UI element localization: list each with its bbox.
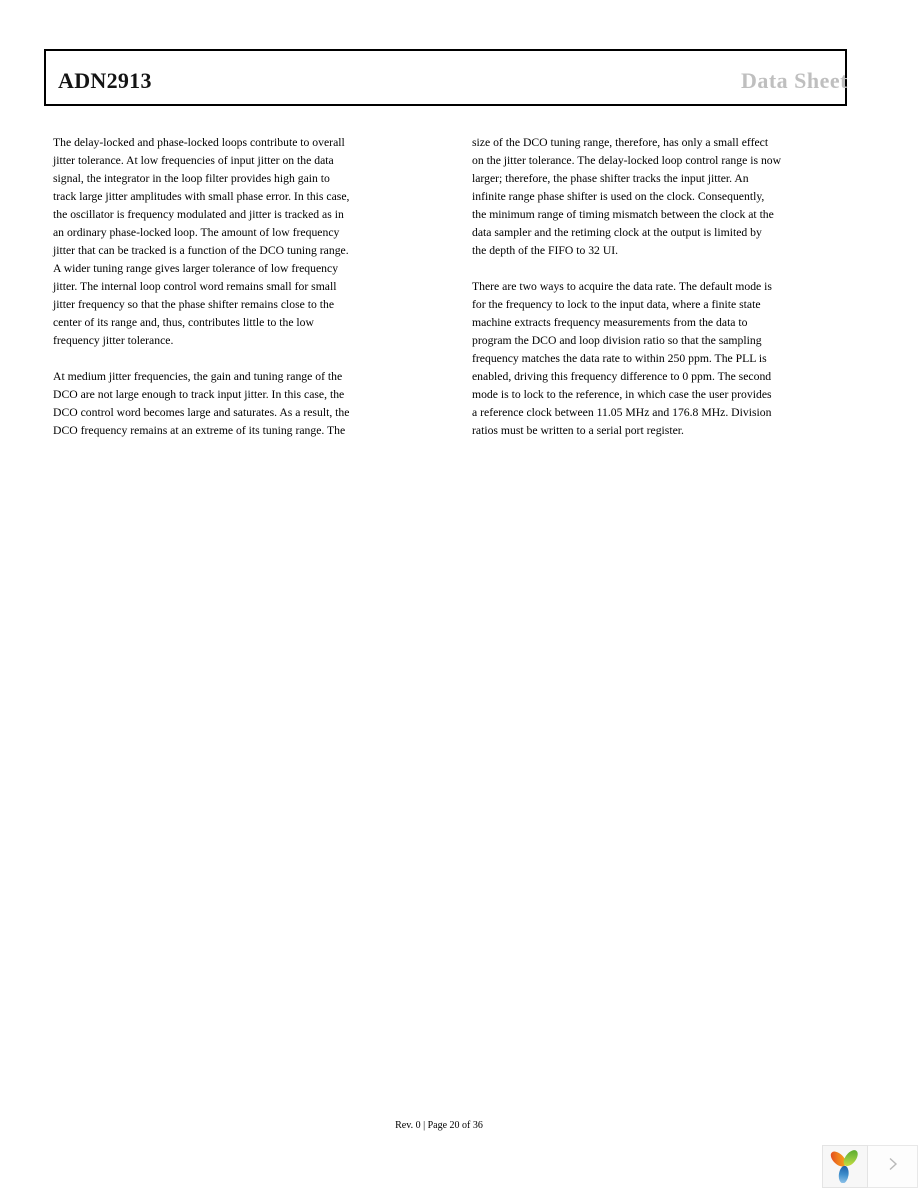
part-number-title: ADN2913 <box>58 68 152 94</box>
corner-navigation-widget <box>822 1145 918 1188</box>
left-paragraph-2: At medium jitter frequencies, the gain a… <box>53 368 367 440</box>
page-footer-revision: Rev. 0 | Page 20 of 36 <box>44 1120 834 1131</box>
next-page-button[interactable] <box>868 1145 918 1188</box>
chevron-right-icon <box>885 1156 901 1177</box>
left-text-column: The delay-locked and phase-locked loops … <box>53 116 367 458</box>
brand-logo-button[interactable] <box>822 1145 868 1188</box>
page-header: ADN2913 Data Sheet <box>44 49 847 106</box>
right-paragraph-1: size of the DCO tuning range, therefore,… <box>472 134 802 260</box>
datasheet-page: ADN2913 Data Sheet The delay-locked and … <box>0 0 918 1188</box>
doc-type-label: Data Sheet <box>741 68 848 94</box>
right-text-column: size of the DCO tuning range, therefore,… <box>472 116 802 458</box>
right-paragraph-2: There are two ways to acquire the data r… <box>472 278 802 440</box>
three-petal-brand-logo-icon <box>828 1146 862 1188</box>
left-paragraph-1: The delay-locked and phase-locked loops … <box>53 134 367 350</box>
